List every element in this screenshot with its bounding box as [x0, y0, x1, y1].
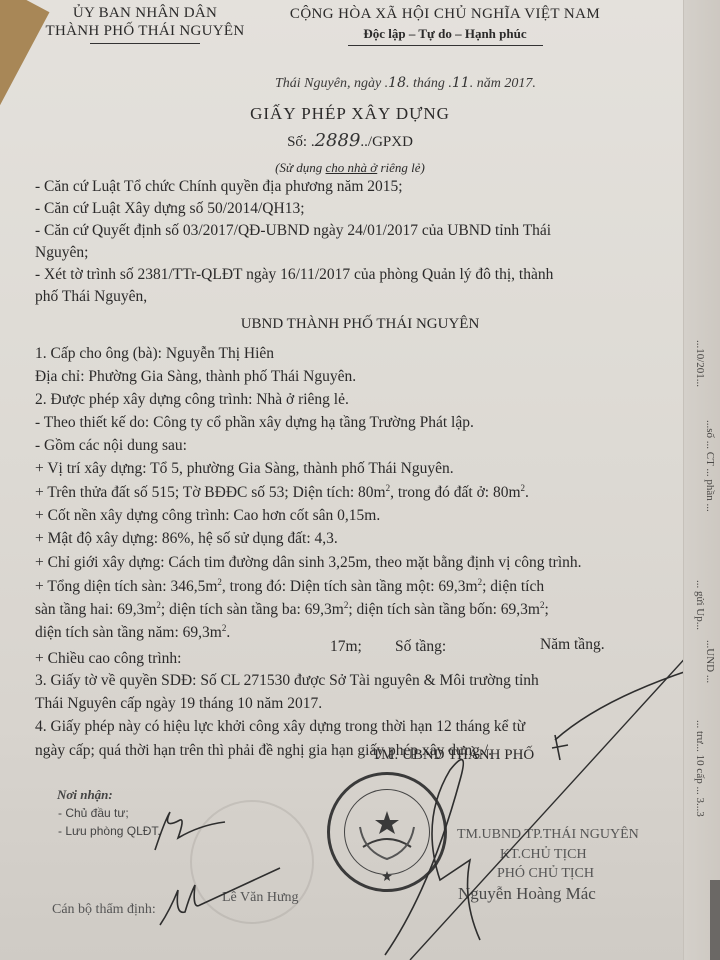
side-text-1: ...10/201... — [694, 340, 706, 387]
recipient-signature — [155, 812, 225, 850]
diagonal-strike-2 — [555, 670, 690, 740]
side-text-5: ... trư... 10 cấp ... 3...3 — [694, 720, 706, 817]
handwritten-strokes — [0, 0, 720, 960]
reviewer-signature — [160, 868, 280, 925]
attached-sheet-edge: ...10/201... ...số ... CT ... phần ... .… — [683, 0, 720, 960]
side-text-3: ... gửi Up... — [694, 580, 706, 630]
side-text-4: ...UND ... — [704, 640, 716, 683]
side-text-2: ...số ... CT ... phần ... — [704, 420, 716, 512]
mark-after-validity — [552, 735, 568, 760]
document-photo: ỦY BAN NHÂN DÂN THÀNH PHỐ THÁI NGUYÊN CỘ… — [0, 0, 720, 960]
chairman-signature — [385, 760, 480, 955]
background-edge — [710, 880, 720, 960]
